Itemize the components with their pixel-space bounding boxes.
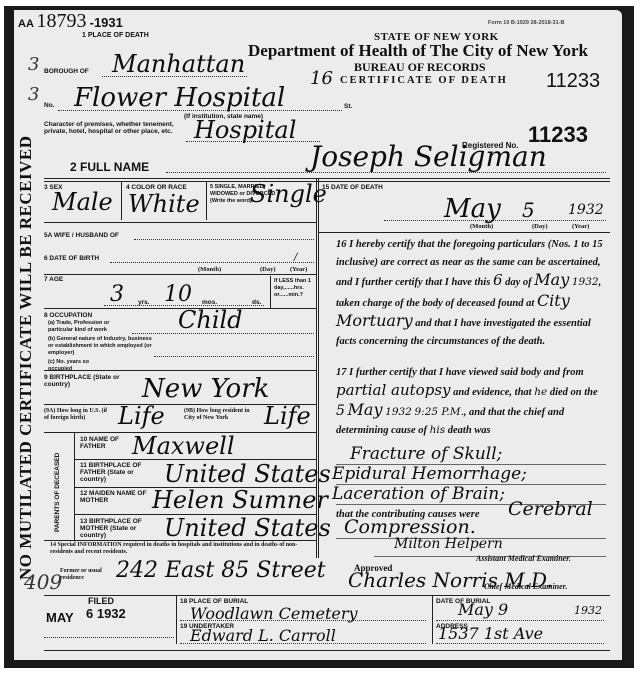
handwritten-number: 11233 (546, 70, 600, 93)
burial-address-value: 1537 1st Ave (438, 624, 543, 643)
cert-17-text: 17 I further certify that I have viewed … (336, 367, 584, 378)
cause-line: Laceration of Brain; (332, 484, 527, 504)
occ-a-value: Child (178, 306, 243, 334)
borough-label: BOROUGH OF (44, 68, 89, 75)
pronoun-2: his (430, 424, 446, 436)
cert-17-text-d: death was (448, 425, 491, 436)
birthplace-value: New York (142, 374, 269, 404)
dob-label: 6 DATE OF BIRTH (44, 255, 99, 262)
occ-b-label: (b) General nature of Industry, business… (48, 336, 158, 357)
day-of-text: day of (505, 277, 532, 288)
us-duration-value: Life (118, 402, 165, 430)
filed-date: 6 1932 (86, 606, 126, 621)
us-duration-label: (9A) How long in U.S. (if of foreign bir… (44, 408, 110, 422)
occupation-label: 8 OCCUPATION (44, 312, 92, 319)
parents-section-label: PARENTS OF DECEASED (50, 436, 70, 536)
premises-value: Hospital (194, 116, 296, 144)
premises-label: Character of premises, whether tenement,… (44, 121, 186, 135)
ward-mark: 16 (310, 68, 333, 89)
mother-name-label: 12 MAIDEN NAME OF MOTHER (80, 490, 160, 504)
bureau-label: BUREAU OF RECORDS (354, 60, 486, 75)
margin-note: 409 (24, 570, 62, 594)
dob-year-label: (Year) (290, 266, 307, 273)
custody-day: 6 (493, 271, 503, 289)
certificate-title: CERTIFICATE OF DEATH (340, 75, 508, 86)
marital-value: Single (250, 180, 327, 208)
file-year: -1931 (90, 15, 123, 30)
department-title: Department of Health of The City of New … (248, 41, 588, 61)
death-day: 5 (522, 198, 535, 222)
chief-title: Chief Medical Examiner. (484, 578, 567, 596)
pronoun: he (534, 386, 547, 398)
residence-value: 242 East 85 Street (116, 558, 326, 583)
dob-day-label: (Day) (260, 266, 276, 273)
nyc-duration-value: Life (264, 402, 311, 430)
death-month-cert: May (348, 400, 383, 419)
certification-16: 16 I hereby certify that the foregoing p… (336, 236, 608, 350)
mother-birthplace-label: 13 BIRTHPLACE OF MOTHER (State or countr… (80, 518, 160, 539)
age-months: 10 (164, 282, 192, 307)
mother-birthplace-value: United States (164, 514, 331, 542)
cause-line: Fracture of Skull; (350, 444, 527, 464)
file-prefix: AA (18, 18, 33, 30)
burial-date-value: May 9 (458, 600, 508, 619)
file-number-value: 18793 (37, 10, 87, 32)
occ-a-label: (a) Trade, Profession or particular kind… (48, 320, 128, 334)
filed-month: MAY (46, 610, 74, 625)
form-number: Form 10 B-1929 28-2018-31-B (488, 20, 564, 26)
less-than-day-label: If LESS than 1 day,......hrs. or......mi… (274, 278, 316, 299)
nyc-duration-label: (9B) How long resident in City of New Yo… (184, 408, 256, 422)
filed-label: FILED (88, 596, 114, 606)
parents-label: PARENTS OF DECEASED (54, 453, 61, 532)
address-value: Flower Hospital (74, 83, 285, 113)
death-certificate: NO MUTILATED CERTIFICATE WILL BE RECEIVE… (14, 10, 622, 660)
father-birthplace-value: United States (164, 460, 331, 488)
cert-17-text-b: and evidence, that (453, 387, 531, 398)
age-label: 7 AGE (44, 276, 63, 283)
age-years: 3 (110, 282, 124, 307)
death-date-label: 15 DATE OF DEATH (322, 184, 383, 191)
mother-name-value: Helen Sumner (152, 486, 328, 514)
custody-month: May (534, 270, 569, 289)
special-info-label: 14 Special INFORMATION required in death… (50, 542, 320, 556)
certification-17: 17 I further certify that I have viewed … (336, 364, 608, 439)
custody-year: 1932 (572, 276, 599, 288)
contributing-cause-1: Cerebral (508, 498, 593, 520)
death-day-label: (Day) (532, 223, 548, 230)
dob-year-value: / (294, 252, 297, 263)
father-birthplace-label: 11 BIRTHPLACE OF FATHER (State or countr… (80, 462, 160, 483)
death-month: May (444, 194, 501, 224)
sex-value: Male (52, 188, 113, 216)
death-year-label: (Year) (572, 223, 589, 230)
full-name-label: 2 FULL NAME (70, 160, 149, 174)
spouse-label: 5A WIFE / HUSBAND OF (44, 232, 119, 239)
place-of-death-label: 1 PLACE OF DEATH (82, 32, 149, 39)
borough-value: Manhattan (112, 50, 245, 78)
warning-text: NO MUTILATED CERTIFICATE WILL BE RECEIVE… (16, 135, 36, 580)
died-on-text: died on the (550, 387, 598, 398)
no-label: No. (44, 102, 54, 109)
examination-method: partial autopsy (336, 381, 451, 399)
death-month-label: (Month) (470, 223, 493, 230)
st-label: St. (344, 103, 352, 110)
death-time: 9:25 P.M. (415, 406, 464, 418)
file-number: AA 18793 -1931 (18, 10, 123, 33)
birthplace-label: 9 BIRTHPLACE (State or country) (44, 374, 124, 388)
margin-mark: 3 (28, 50, 39, 80)
warning-sidebar: NO MUTILATED CERTIFICATE WILL BE RECEIVE… (14, 110, 40, 580)
cause-line: Epidural Hemorrhage; (332, 464, 527, 484)
margin-marks: 3 3 (28, 50, 39, 110)
dob-month-label: (Month) (198, 266, 221, 273)
burial-year: 1932 (574, 604, 602, 617)
father-name-label: 10 NAME OF FATHER (80, 436, 126, 450)
cause-of-death: Fracture of Skull; Epidural Hemorrhage; … (350, 444, 527, 504)
death-day-cert: 5 (336, 403, 345, 419)
residence-label: Former or usual residence (60, 568, 110, 582)
full-name-value: Joseph Seligman (310, 140, 547, 173)
death-year: 1932 (568, 202, 604, 218)
color-value: White (128, 190, 200, 218)
margin-mark: 3 (28, 80, 39, 110)
death-year-cert: 1932 (385, 406, 412, 418)
contributing-cause-2: Compression. (344, 516, 476, 538)
assistant-title: Assistant Medical Examiner. (476, 550, 571, 568)
father-name-value: Maxwell (132, 432, 235, 460)
